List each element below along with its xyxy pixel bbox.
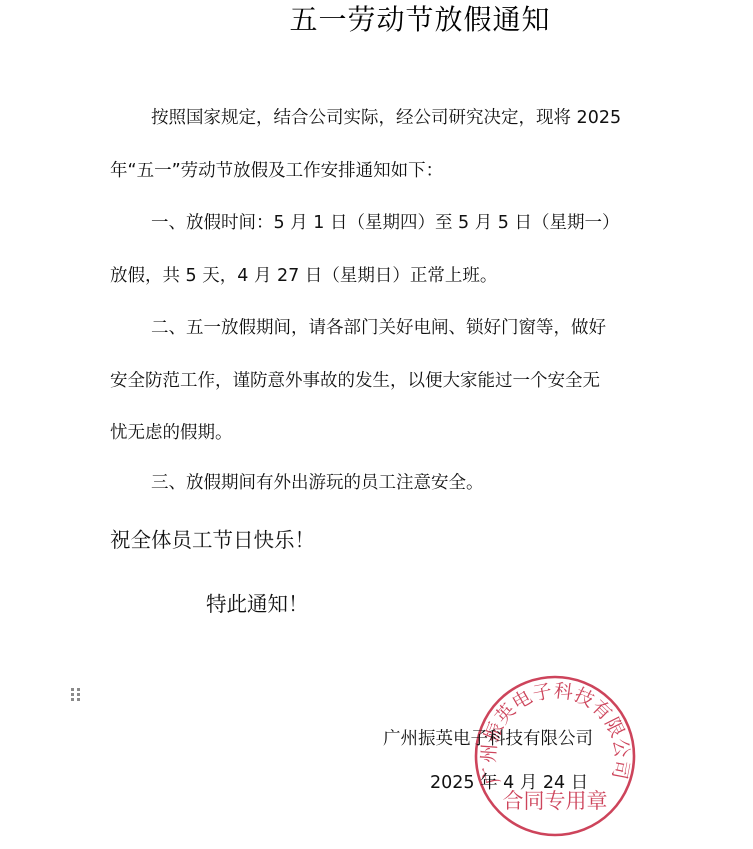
intro-line-1: 按照国家规定，结合公司实际，经公司研究决定，现将 2025 [151,106,621,130]
item2-line-1: 二、五一放假期间，请各部门关好电闸、锁好门窗等，做好 [151,316,606,340]
signature-date: 2025 年 4 月 24 日 [430,771,588,795]
company-seal-stamp: 广州振英电子科技有限公司 合同专用章 [473,674,637,838]
intro-line-2: 年“五一”劳动节放假及工作安排通知如下： [110,159,443,183]
item1-line-1: 一、放假时间：5 月 1 日（星期四）至 5 月 5 日（星期一） [151,211,619,235]
greeting-text: 祝全体员工节日快乐！ [110,526,315,554]
item2-line-2: 安全防范工作，谨防意外事故的发生，以便大家能过一个安全无 [110,369,600,393]
drag-handle-icon[interactable] [71,688,80,701]
item2-line-3: 忧无虑的假期。 [110,421,233,445]
document-title: 五一劳动节放假通知 [0,2,753,38]
signature-company: 广州振英电子科技有限公司 [383,727,593,751]
item1-line-2: 放假，共 5 天，4 月 27 日（星期日）正常上班。 [110,264,497,288]
closing-text: 特此通知！ [206,590,309,618]
item3-line-1: 三、放假期间有外出游玩的员工注意安全。 [151,471,484,495]
